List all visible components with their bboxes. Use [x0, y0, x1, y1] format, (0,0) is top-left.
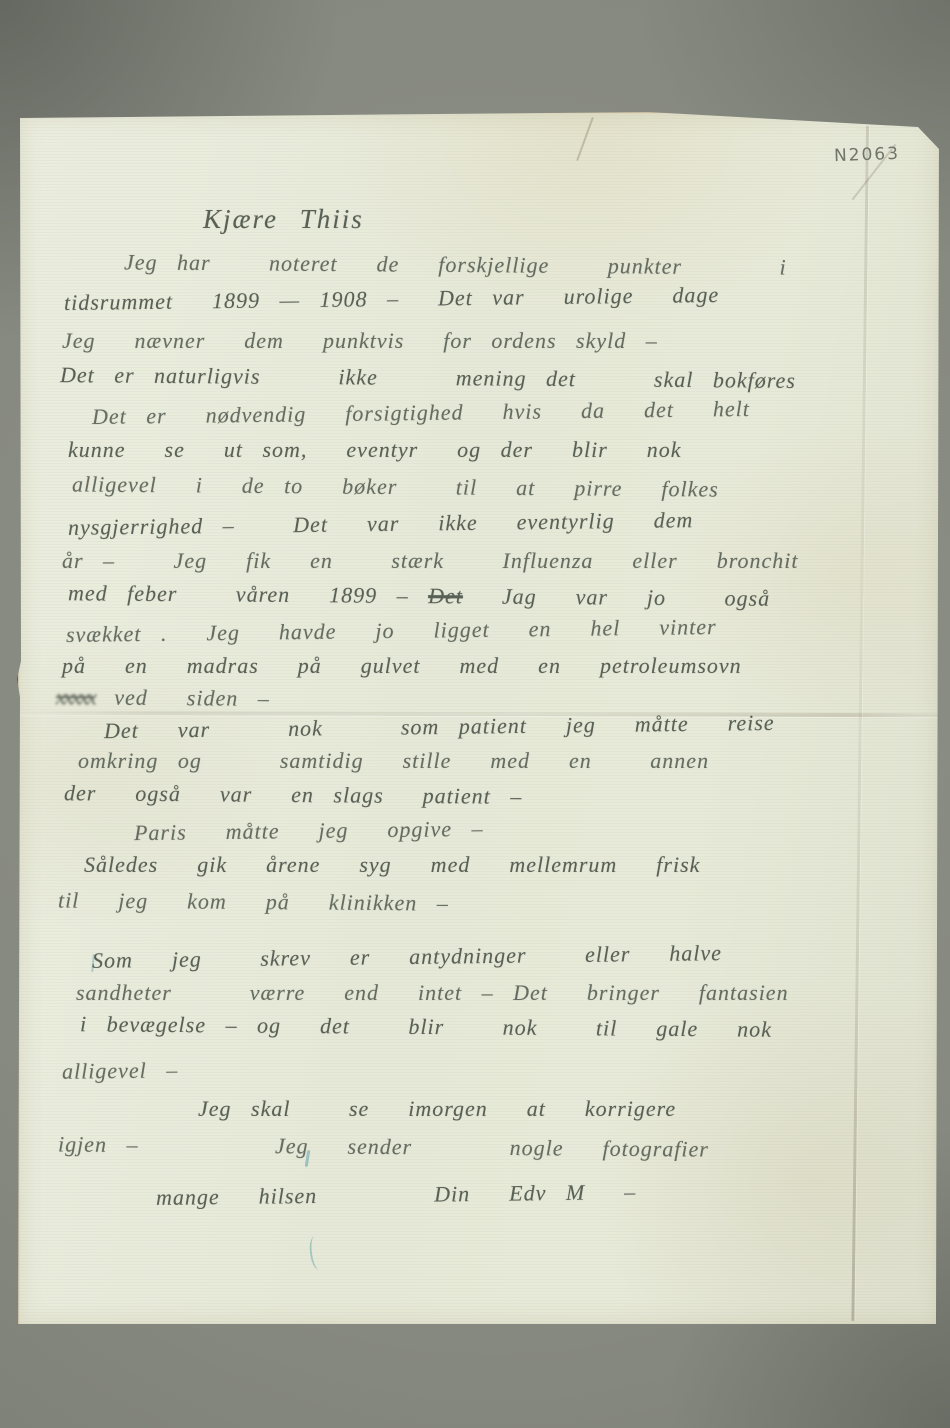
- letter-line: til jeg kom på klinikken –: [58, 887, 449, 916]
- letter-line-with-strikethrough: med feber våren 1899 – Det Jag var jo og…: [68, 580, 770, 612]
- letter-line: Jeg nævner dem punktvis for ordens skyld…: [62, 328, 658, 354]
- scribbled-out-word: xxxxx: [56, 684, 95, 709]
- line-text: Jag var jo også: [463, 583, 770, 610]
- letter-line: der også var en slags patient –: [64, 780, 523, 810]
- letter-line: år – Jeg fik en stærk Influenza eller br…: [62, 548, 798, 574]
- letter-line: Det er naturligvis ikke mening det skal …: [60, 362, 796, 394]
- letter-body: Kjære Thiis Jeg har noteret de forskjell…: [18, 112, 940, 1325]
- letter-line: tidsrummet 1899 — 1908 – Det var urolige…: [64, 282, 719, 316]
- signature-line: mange hilsen Din Edv M –: [156, 1179, 637, 1211]
- letter-line: i bevægelse – og det blir nok til gale n…: [80, 1011, 772, 1042]
- letter-line: Som jeg skrev er antydninger eller halve: [92, 940, 722, 974]
- letter-line: sandheter værre end intet – Det bringer …: [76, 980, 789, 1006]
- letter-line-with-scribble: xxxxx ved siden –: [56, 684, 270, 712]
- salutation: Kjære Thiis: [203, 204, 364, 235]
- letter-line: svækket . Jeg havde jo ligget en hel vin…: [66, 614, 717, 648]
- line-text: ved siden –: [95, 684, 270, 710]
- line-text: med feber våren 1899 –: [68, 580, 428, 608]
- letter-line: Det er nødvendig forsigtighed hvis da de…: [92, 396, 750, 430]
- struck-word: Det: [428, 583, 463, 608]
- letter-paper: N2063 Kjære Thiis Jeg har noteret de for…: [18, 112, 940, 1325]
- letter-line: omkring og samtidig stille med en annen: [78, 748, 709, 774]
- letter-line: alligevel –: [62, 1057, 179, 1084]
- letter-line: Paris måtte jeg opgive –: [134, 816, 484, 846]
- letter-line: Det var nok som patient jeg måtte reise: [104, 710, 775, 744]
- letter-line: Jeg har noteret de forskjellige punkter …: [124, 249, 787, 280]
- letter-line: Således gik årene syg med mellemrum fris…: [84, 852, 700, 878]
- letter-line: alligevel i de to bøker til at pirre fol…: [72, 471, 719, 502]
- letter-line: kunne se ut som, eventyr og der blir nok: [68, 437, 682, 463]
- letter-line: nysgjerrighed – Det var ikke eventyrlig …: [68, 507, 694, 541]
- letter-line: på en madras på gulvet med en petroleums…: [62, 653, 742, 679]
- letter-line: igjen – Jeg sender nogle fotografier: [58, 1131, 709, 1162]
- letter-line: Jeg skal se imorgen at korrigere: [198, 1096, 676, 1122]
